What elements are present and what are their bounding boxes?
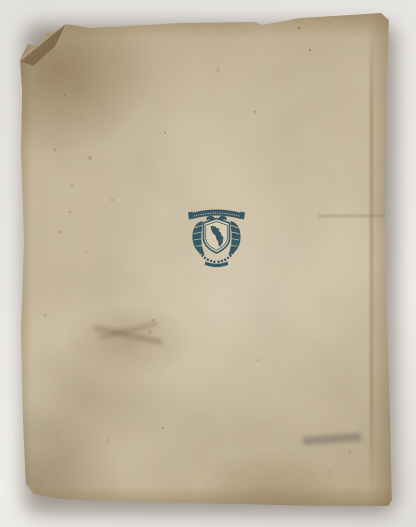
book-cover-paper: [18, 10, 396, 510]
vertical-crease: [370, 30, 373, 492]
photo-backdrop: [0, 0, 416, 527]
university-crest-stamp-icon: [186, 204, 247, 268]
horizontal-crease: [318, 215, 394, 217]
book-cover: [18, 10, 396, 510]
